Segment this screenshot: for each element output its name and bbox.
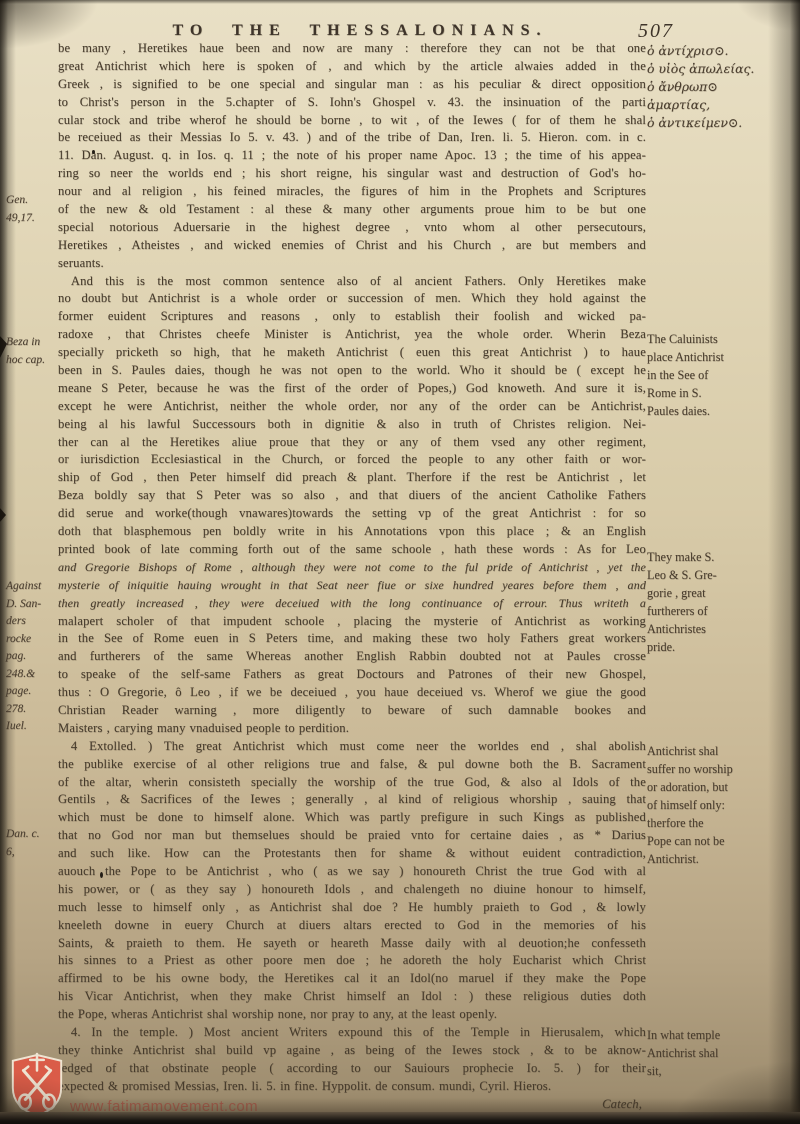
text-line: Gentils , & Sacrifices of the Iewes ; ge…: [58, 791, 646, 809]
margin-note-what-temple: In what templeAntichrist shalsit,: [647, 1026, 797, 1080]
text-line: been in S. Paules daies, though he was n…: [58, 362, 646, 380]
text-line: no doubt but Antichrist is a whole order…: [58, 290, 646, 308]
text-line: malapert scholer of that impudent school…: [58, 613, 646, 631]
text-line: and such like. How can the Protestants t…: [58, 845, 646, 863]
margin-note-caluinists: The Caluinistsplace Antichristin the See…: [647, 330, 797, 420]
text-line: much lesse to himself only , as Antichri…: [58, 899, 646, 917]
text-line: expected & promised Messias, Iren. li. 5…: [58, 1078, 646, 1096]
text-line: ther can al the Heretikes aliue proue th…: [58, 434, 646, 452]
margin-note-leo-gregorie: They make S.Leo & S. Gre-gorie , greatfu…: [647, 548, 797, 656]
text-line: specially pricketh so high, that he make…: [58, 344, 646, 362]
text-line: did serue and worke(though vnawares)towa…: [58, 505, 646, 523]
text-line: be many , Heretikes haue been and now ar…: [58, 40, 646, 58]
text-line: be receiued as their Messias Io 5. v. 43…: [58, 129, 646, 147]
text-line: Beza boldly say that S Peter was so also…: [58, 487, 646, 505]
text-line: his power, or ( as they say ) honoureth …: [58, 881, 646, 899]
text-line: or iurisdiction Ecclesiastical in the Ch…: [58, 451, 646, 469]
text-line: the Pope, wheras Antichrist shal worship…: [58, 1006, 646, 1024]
ink-blot: [100, 872, 103, 878]
text-line: former euident Scriptures and reasons , …: [58, 308, 646, 326]
text-line: of the altar, wherin consisteth speciall…: [58, 774, 646, 792]
margin-note-greek: ὁ ἀντίχρισ⊙.ὁ υἱὸς ἀπωλείας.ὁ ἄνθρωπ⊙ἁμα…: [647, 42, 797, 132]
text-line: except he were Antichrist, neither the w…: [58, 398, 646, 416]
text-line: Heretikes , Atheistes , and wicked enemi…: [58, 237, 646, 255]
text-line: thus : O Gregorie, ô Leo , if we be dece…: [58, 684, 646, 702]
text-line: his Vicar Antichrist, when they make Chr…: [58, 988, 646, 1006]
text-line: then greatly increased , they were decei…: [58, 595, 646, 613]
text-line: his sinnes to a Priest as other poore me…: [58, 952, 646, 970]
text-line: printed book of late comming forth out o…: [58, 541, 646, 559]
text-line: and furtherers of the same Whereas anoth…: [58, 648, 646, 666]
scan-edge-left: [0, 0, 8, 1124]
text-line: radoxe , that Christes cheefe Minister i…: [58, 326, 646, 344]
text-line: auouch the Pope to be Antichrist , who (…: [58, 863, 646, 881]
text-line: 4 Extolled. ) The great Antichrist which…: [58, 738, 646, 756]
text-line: mysterie of iniquitie hauing wrought in …: [58, 577, 646, 595]
text-line: 11. Dan. August. q. in Ios. q. 11 ; the …: [58, 147, 646, 165]
text-line: ring so neer the worlds end ; his short …: [58, 165, 646, 183]
text-line: to Christ's person in the 5.chapter of S…: [58, 94, 646, 112]
ink-blot: [92, 150, 95, 154]
text-line: they thinke Antichrist shal build vp aga…: [58, 1042, 646, 1060]
text-line: ledged of that obstinate people ( accord…: [58, 1060, 646, 1078]
text-line: of the new & old Testament : al these & …: [58, 201, 646, 219]
text-line: affirmed to be his owne body, the Hereti…: [58, 970, 646, 988]
text-line: great Antichrist which here is spoken of…: [58, 58, 646, 76]
text-line: nour and al religion , his feined miracl…: [58, 183, 646, 201]
text-line: the publike exercise of al other religio…: [58, 756, 646, 774]
text-line: special notorious Aduersarie in the high…: [58, 219, 646, 237]
text-line: Maisters , carying many vnaduised people…: [58, 720, 646, 738]
text-line: ship of God , then Peter himself did pre…: [58, 469, 646, 487]
text-line: doth that blasphemous pen boldly write i…: [58, 523, 646, 541]
margin-note-dan: Dan. c.6,: [6, 826, 56, 861]
margin-note-beza: Beza inhoc cap.: [6, 334, 56, 369]
main-text-column: be many , Heretikes haue been and now ar…: [58, 40, 646, 1113]
text-line: And this is the most common sentence als…: [58, 273, 646, 291]
text-line: seruants.: [58, 255, 646, 273]
margin-note-no-worship: Antichrist shalsuffer no worshipor adora…: [647, 742, 797, 868]
text-line: and Gregorie Bishops of Rome , although …: [58, 559, 646, 577]
margin-note-gen: Gen.49,17.: [6, 192, 56, 227]
book-page-scan: TO THE THESSALONIANS. 507 be many , Here…: [0, 0, 800, 1124]
text-line: that no God nor man but themselues shoul…: [58, 827, 646, 845]
text-line: Greek , is signified to be one special a…: [58, 76, 646, 94]
text-line: cular stock and tribe wherof he should b…: [58, 112, 646, 130]
text-line: meane S Peter, because he was the first …: [58, 380, 646, 398]
scan-edge-right: [790, 0, 800, 1124]
text-line: kneeleth downe in euery Church at diuers…: [58, 917, 646, 935]
text-line: being al his lawful Successours both in …: [58, 416, 646, 434]
text-line: Saints, & praieth to them. He sayeth or …: [58, 935, 646, 953]
text-line: 4. In the temple. ) Most ancient Writers…: [58, 1024, 646, 1042]
text-line: Christian Reader warning , more diligent…: [58, 702, 646, 720]
text-line: to speake of the self-same Fathers as gr…: [58, 666, 646, 684]
text-line: in the See of Rome euen in S Peters time…: [58, 630, 646, 648]
page-title: TO THE THESSALONIANS.: [120, 22, 600, 40]
margin-note-against-sanders: AgainstD. San-dersrockepag.248.&page.278…: [6, 578, 56, 736]
text-line: which must be done to himself alone. Whi…: [58, 809, 646, 827]
scan-edge-top: [0, 0, 800, 4]
scan-bottom-border: [0, 1112, 800, 1124]
